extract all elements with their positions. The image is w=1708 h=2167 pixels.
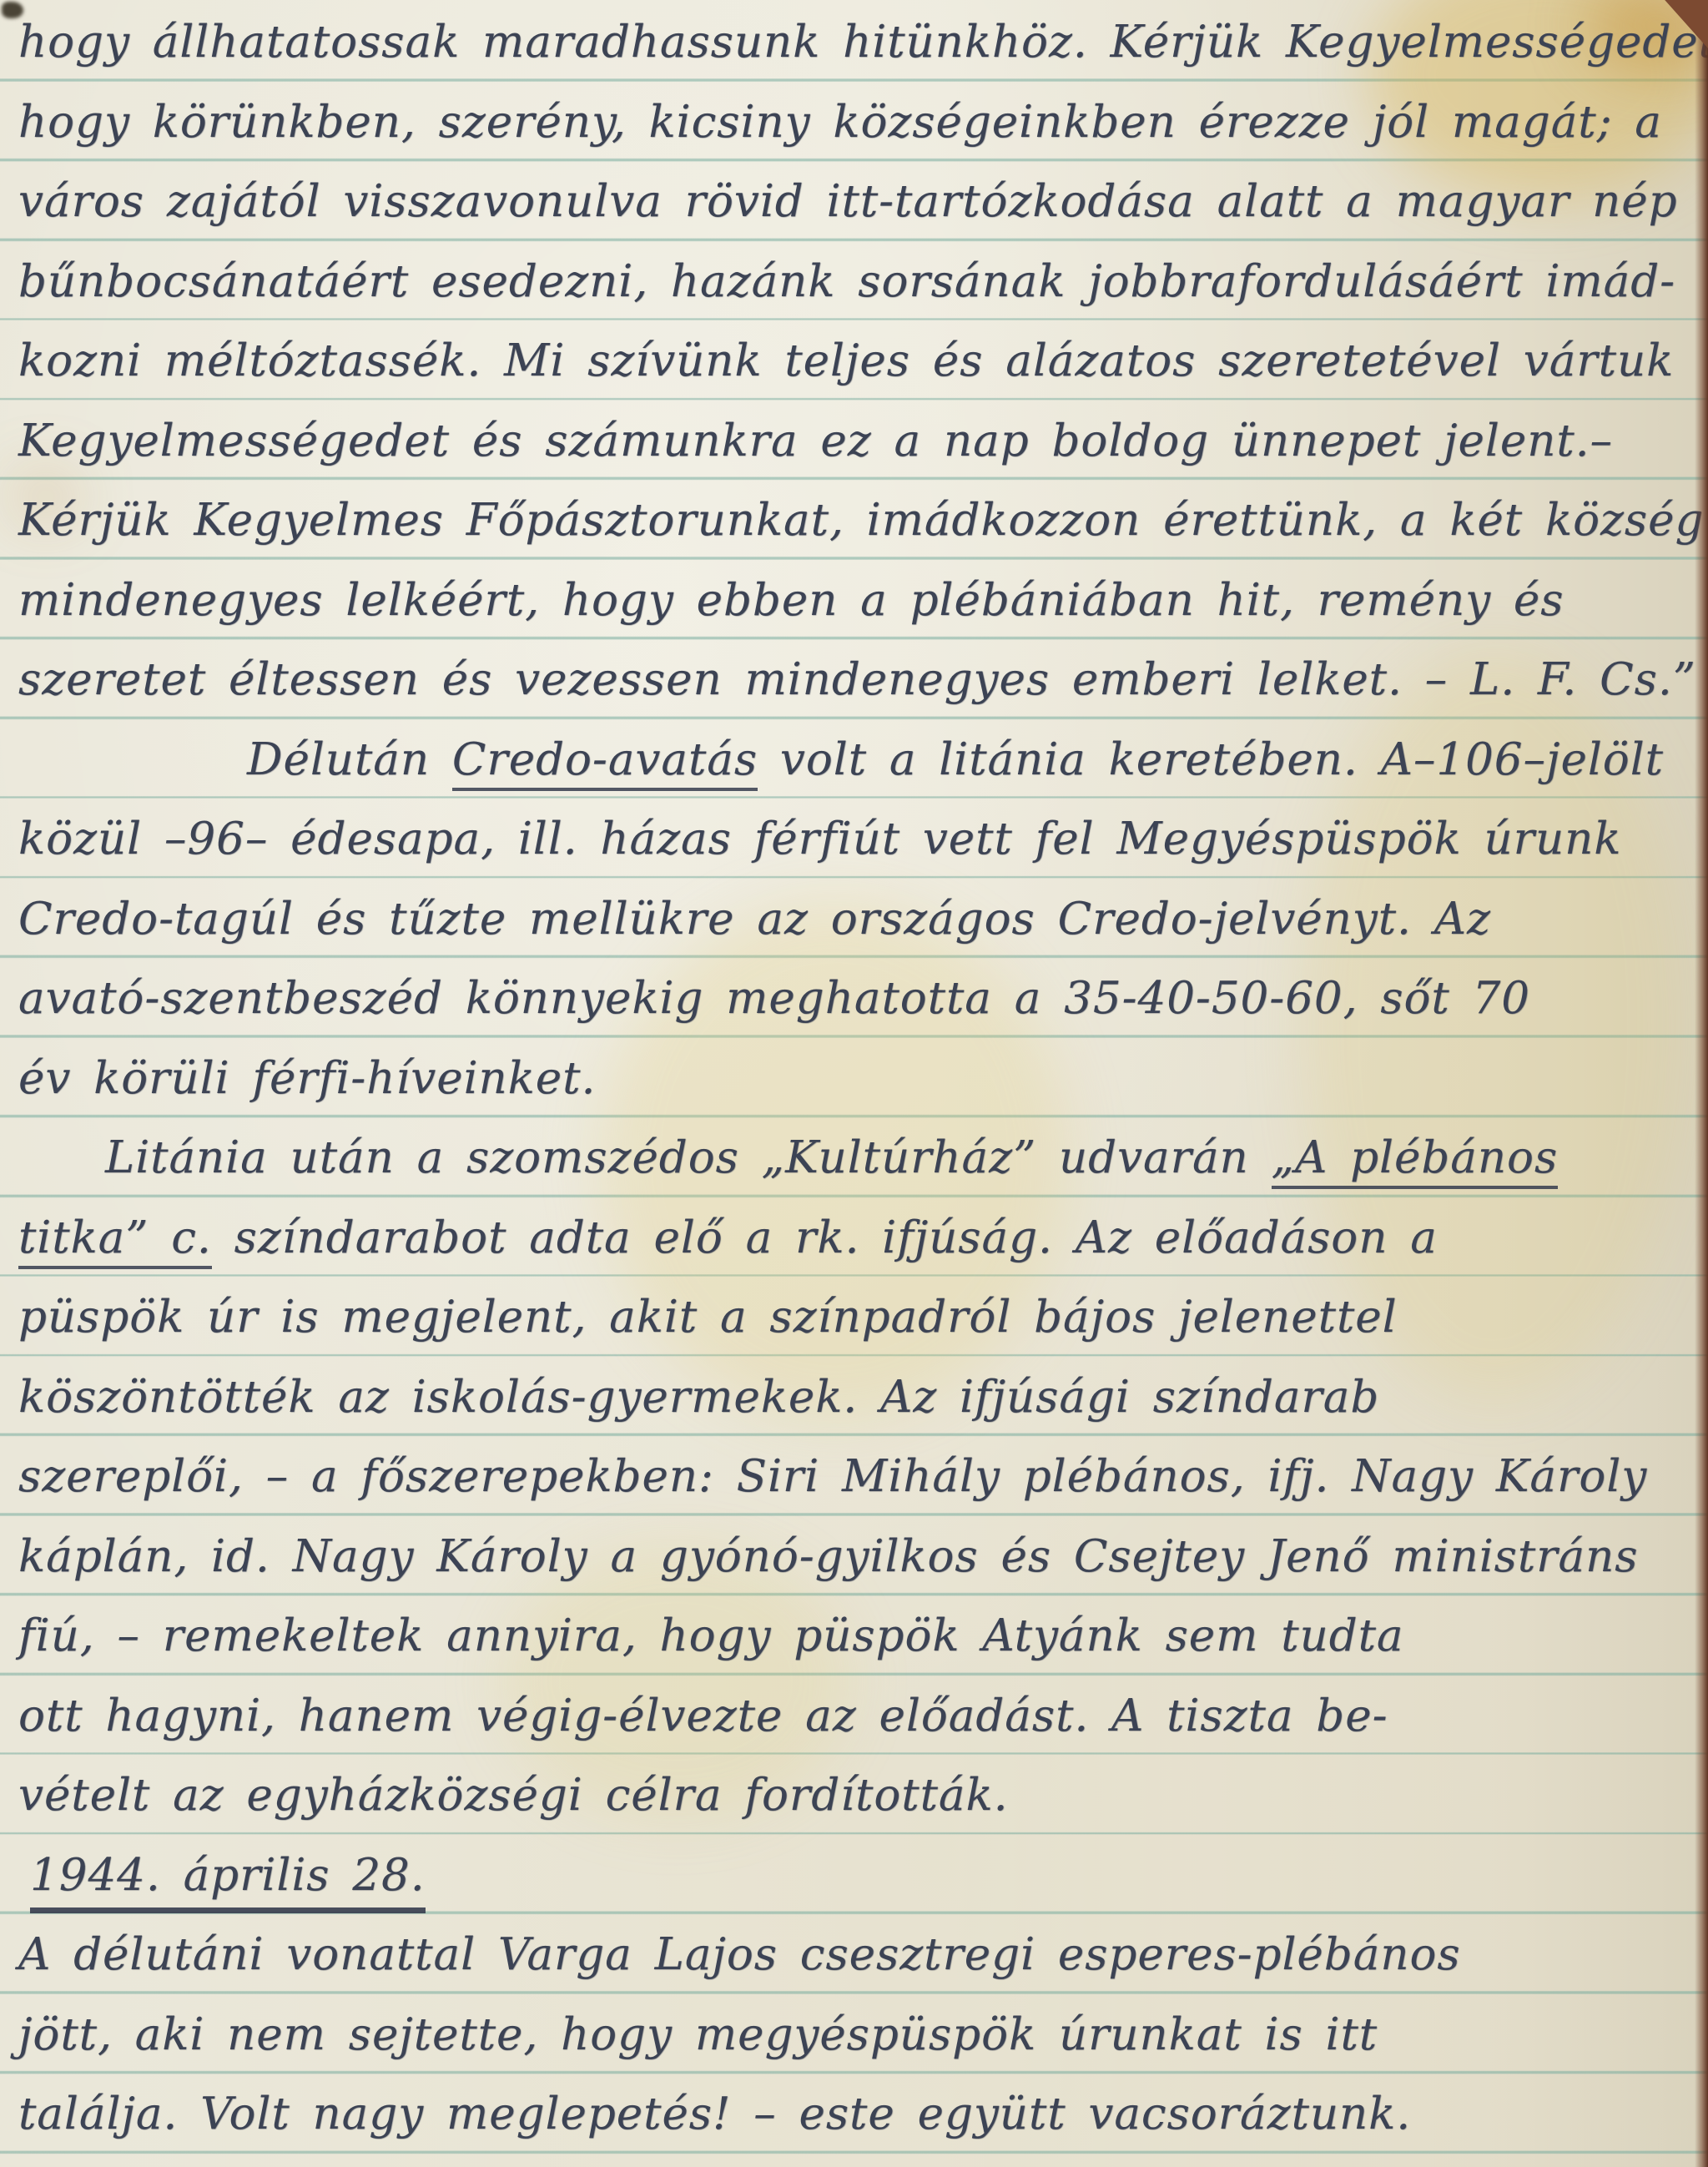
text-segment: vételt az egyházközségi célra fordítottá…	[18, 1770, 1008, 1821]
underlined-text: titka” c.	[18, 1212, 212, 1269]
text-segment: Kegyelmességedet és számunkra ez a nap b…	[18, 416, 1613, 466]
handwritten-line: avató-szentbeszéd könnyekig meghatotta a…	[18, 959, 1701, 1039]
text-segment: köszöntötték az iskolás-gyermekek. Az if…	[18, 1372, 1379, 1423]
text-segment: bűnbocsánatáért esedezni, hazánk sorsána…	[18, 256, 1675, 307]
handwritten-line: Litánia után a szomszédos „Kultúrház” ud…	[105, 1118, 1701, 1198]
text-segment: püspök úr is megjelent, akit a színpadró…	[18, 1292, 1398, 1343]
text-segment: Délután	[247, 734, 452, 785]
text-segment: mindenegyes lelkéért, hogy ebben a plébá…	[18, 575, 1564, 626]
text-segment: Kérjük Kegyelmes Főpásztorunkat, imádkoz…	[18, 495, 1704, 546]
text-segment: fiú, – remekeltek annyira, hogy püspök A…	[18, 1610, 1404, 1661]
text-segment: szereplői, – a főszerepekben: Siri Mihál…	[18, 1451, 1647, 1502]
handwritten-line: fiú, – remekeltek annyira, hogy püspök A…	[18, 1596, 1701, 1676]
handwritten-line: Délután Credo-avatás volt a litánia kere…	[247, 720, 1701, 800]
text-segment: Credo-tagúl és tűzte mellükre az országo…	[18, 894, 1491, 945]
text-segment: találja. Volt nagy meglepetés! – este eg…	[18, 2089, 1411, 2139]
handwritten-line: hogy körünkben, szerény, kicsiny községe…	[18, 83, 1701, 163]
handwritten-line: ott hagyni, hanem végig-élvezte az előad…	[18, 1676, 1701, 1756]
text-segment: város zajától visszavonulva rövid itt-ta…	[18, 176, 1678, 227]
text-segment: kozni méltóztassék. Mi szívünk teljes és…	[18, 335, 1674, 386]
text-segment: Litánia után a szomszédos „Kultúrház” ud…	[105, 1132, 1272, 1183]
handwritten-line: szereplői, – a főszerepekben: Siri Mihál…	[18, 1437, 1701, 1517]
handwritten-line: A délutáni vonattal Varga Lajos csesztre…	[18, 1915, 1701, 1995]
text-segment: volt a litánia keretében. A–106–jelölt	[758, 734, 1664, 785]
handwritten-line: bűnbocsánatáért esedezni, hazánk sorsána…	[18, 242, 1701, 322]
handwritten-line: hogy állhatatossak maradhassunk hitünkhö…	[18, 3, 1701, 83]
handwritten-line: titka” c. színdarabot adta elő a rk. ifj…	[18, 1198, 1701, 1278]
handwritten-line: év körüli férfi-híveinket.	[18, 1039, 1701, 1119]
handwritten-line: Kérjük Kegyelmes Főpásztorunkat, imádkoz…	[18, 481, 1701, 561]
underlined-text: „A plébános	[1272, 1132, 1559, 1189]
handwritten-line: kozni méltóztassék. Mi szívünk teljes és…	[18, 321, 1701, 401]
handwritten-line: Credo-tagúl és tűzte mellükre az országo…	[18, 879, 1701, 960]
handwritten-line: város zajától visszavonulva rövid itt-ta…	[18, 162, 1701, 242]
handwritten-line: vételt az egyházközségi célra fordítottá…	[18, 1756, 1701, 1836]
handwritten-line: jött, aki nem sejtette, hogy megyéspüspö…	[18, 1995, 1701, 2075]
handwritten-line: püspök úr is megjelent, akit a színpadró…	[18, 1278, 1701, 1358]
text-segment: ott hagyni, hanem végig-élvezte az előad…	[18, 1691, 1388, 1741]
manuscript-page: hogy állhatatossak maradhassunk hitünkhö…	[0, 0, 1708, 2167]
handwritten-line: köszöntötték az iskolás-gyermekek. Az if…	[18, 1358, 1701, 1438]
handwritten-line: közül –96– édesapa, ill. házas férfiút v…	[18, 799, 1701, 879]
handwritten-line: Kegyelmességedet és számunkra ez a nap b…	[18, 401, 1701, 481]
text-segment: káplán, id. Nagy Károly a gyónó-gyilkos …	[18, 1531, 1638, 1582]
text-segment: közül –96– édesapa, ill. házas férfiút v…	[18, 814, 1621, 864]
handwritten-line: káplán, id. Nagy Károly a gyónó-gyilkos …	[18, 1517, 1701, 1597]
handwritten-text-block: hogy állhatatossak maradhassunk hitünkhö…	[13, 3, 1701, 2154]
handwritten-line: szeretet éltessen és vezessen mindenegye…	[18, 640, 1701, 720]
handwritten-line: 1944. április 28.	[30, 1836, 1701, 1916]
text-segment: év körüli férfi-híveinket.	[18, 1053, 596, 1104]
handwritten-line: találja. Volt nagy meglepetés! – este eg…	[18, 2074, 1701, 2154]
handwritten-line: mindenegyes lelkéért, hogy ebben a plébá…	[18, 561, 1701, 641]
text-segment: hogy körünkben, szerény, kicsiny községe…	[18, 97, 1662, 148]
underlined-text: 1944. április 28.	[30, 1850, 426, 1913]
text-segment: színdarabot adta elő a rk. ifjúság. Az e…	[212, 1212, 1438, 1263]
text-segment: A délutáni vonattal Varga Lajos csesztre…	[18, 1929, 1461, 1980]
text-segment: hogy állhatatossak maradhassunk hitünkhö…	[18, 17, 1708, 68]
text-segment: avató-szentbeszéd könnyekig meghatotta a…	[18, 973, 1530, 1024]
text-segment: szeretet éltessen és vezessen mindenegye…	[18, 654, 1696, 705]
underlined-text: Credo-avatás	[452, 734, 758, 791]
text-segment: jött, aki nem sejtette, hogy megyéspüspö…	[18, 2009, 1378, 2060]
